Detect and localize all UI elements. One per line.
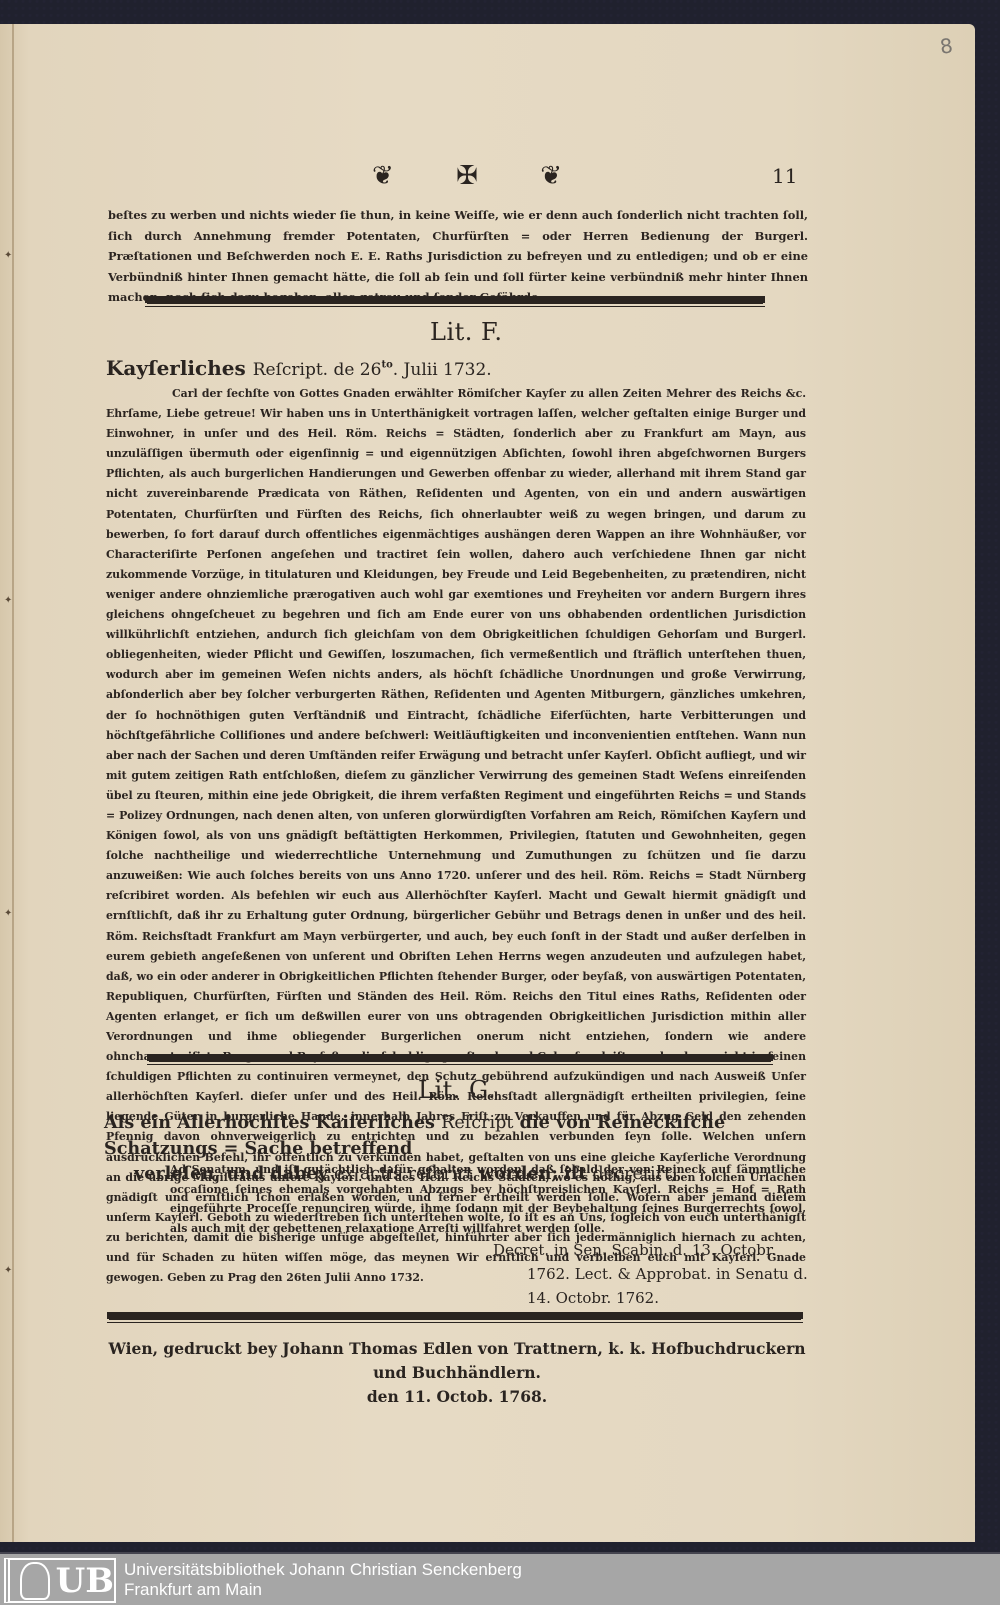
ub-logo[interactable]: UB (4, 1558, 116, 1603)
margin-mark: ✦ (4, 1265, 14, 1275)
margin-mark: ✦ (4, 250, 14, 260)
margin-mark: ✦ (4, 908, 14, 918)
margin-mark: ✦ (4, 595, 14, 605)
institution-name: Universitätsbibliothek Johann Christian … (124, 1560, 522, 1580)
institution-city: Frankfurt am Main (124, 1580, 522, 1600)
printer-imprint: Wien, gedruckt bey Johann Thomas Edlen v… (102, 1337, 812, 1409)
heading-latin: Reſcript. de 26 (253, 360, 382, 380)
decree-citation: Decret. in Sen. Scabin. d. 13. Octobr. 1… (493, 1238, 813, 1310)
vignette-left-icon: ❦ (372, 163, 394, 189)
vignette-right-icon: ❦ (540, 163, 562, 189)
decree-line: Decret. in Sen. Scabin. d. 13. Octobr. (493, 1238, 813, 1262)
decree-body: Ad Senatum, und iſt gutächtlich dafür ge… (170, 1160, 806, 1238)
portrait-icon (20, 1562, 50, 1600)
section-label-g: Lit. G. (418, 1076, 496, 1104)
library-footer-bar: UB Universitätsbibliothek Johann Christi… (0, 1552, 1000, 1605)
heading-g-latin1: Reſcript (441, 1113, 513, 1133)
heading-g-part1: Als ein Allerhöchſtes Kaiſerliches (104, 1112, 435, 1133)
heading-superscript: to (381, 359, 392, 370)
decree-line: 14. Octobr. 1762. (493, 1286, 813, 1310)
folio-number: 11 (772, 164, 797, 188)
divider-rule (107, 1312, 803, 1319)
heading-date: . Julii 1732. (393, 360, 492, 380)
decree-line: 1762. Lect. & Approbat. in Senatu d. (493, 1262, 813, 1286)
section-heading-f: Kayſerliches Reſcript. de 26to. Julii 17… (106, 356, 492, 380)
imprint-date: den 11. Octob. 1768. (102, 1385, 812, 1409)
imprint-line: Wien, gedruckt bey Johann Thomas Edlen v… (102, 1337, 812, 1385)
vignette-center-icon: ✠ (456, 163, 478, 189)
divider-rule (145, 296, 765, 303)
library-name: Universitätsbibliothek Johann Christian … (124, 1560, 522, 1600)
heading-fraktur: Kayſerliches (106, 356, 246, 380)
continuation-paragraph: beſtes zu werben und nichts wieder ſie t… (108, 205, 808, 308)
section-label-f: Lit. F. (430, 318, 503, 346)
ub-logo-text: UB (56, 1561, 114, 1601)
header-ornament: ❦ ✠ ❦ (372, 158, 562, 194)
divider-rule (147, 1054, 773, 1061)
